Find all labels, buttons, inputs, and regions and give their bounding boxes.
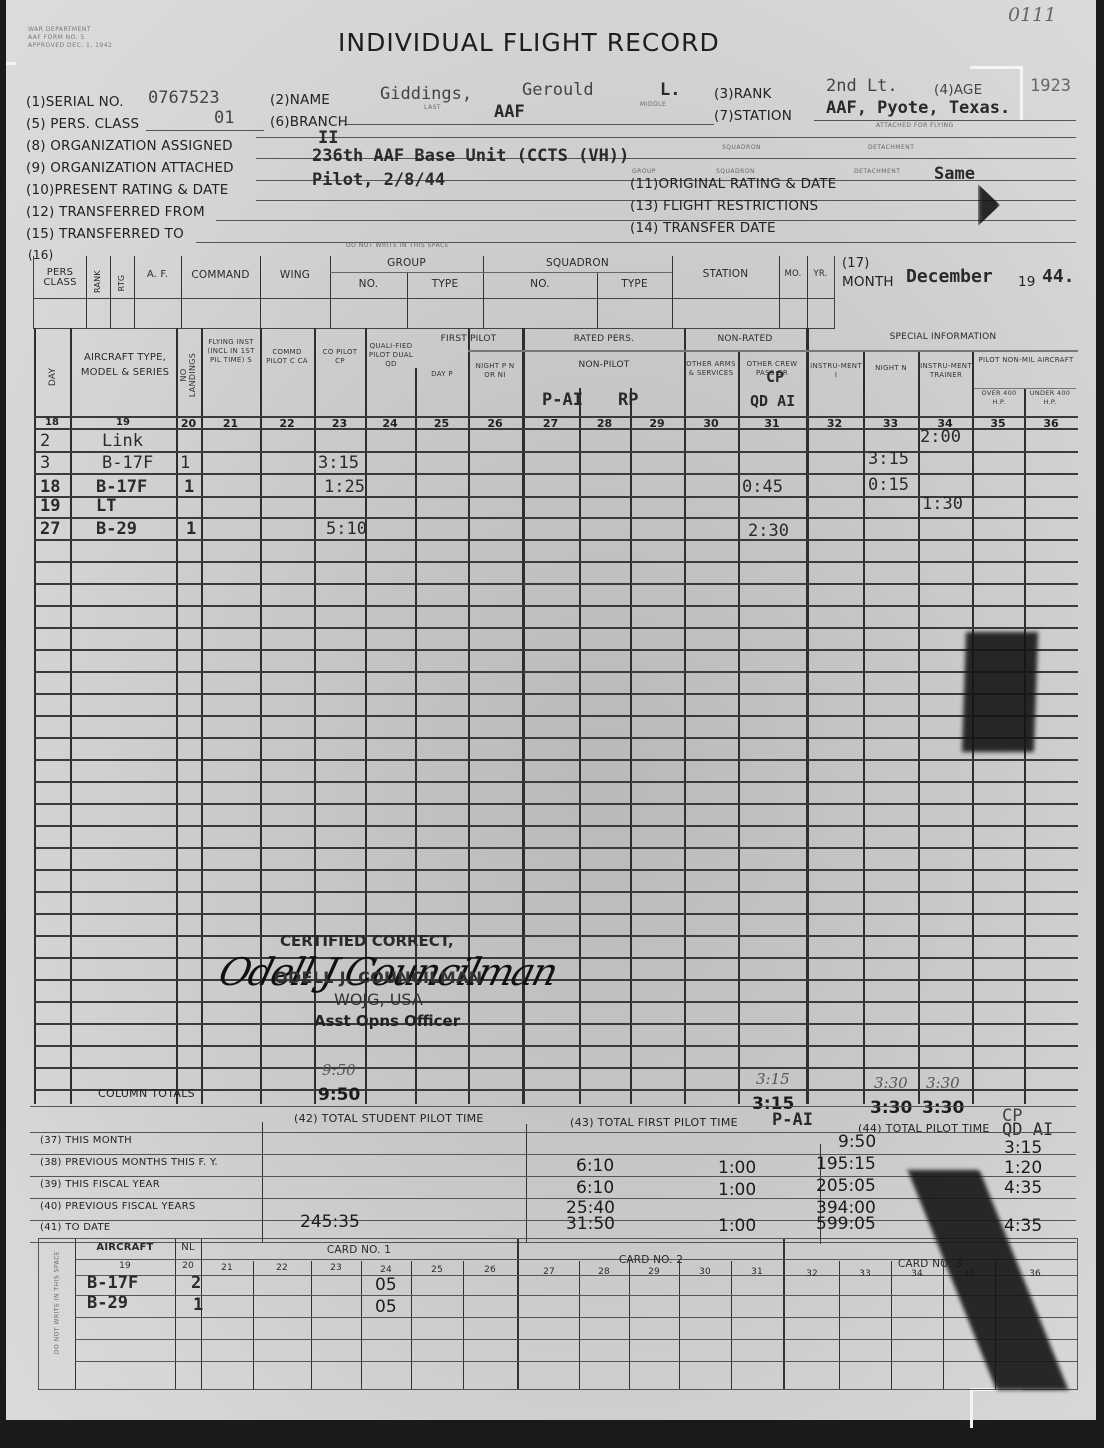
cell-aircraft: B-17F	[102, 453, 153, 473]
divider	[75, 1317, 1077, 1318]
summary-total-ai: 4:35	[1004, 1178, 1042, 1198]
divider	[943, 1261, 944, 1389]
divider	[260, 256, 261, 328]
divider	[579, 1261, 580, 1389]
grid-line	[34, 803, 1078, 805]
card-col-num: 32	[785, 1269, 839, 1279]
divider	[30, 1132, 1076, 1133]
cell-day: 2	[40, 431, 50, 451]
org-attached-value: 236th AAF Base Unit (CCTS (VH))	[312, 146, 629, 166]
divider	[779, 256, 780, 328]
hdr-instrument: INSTRU-MENT I	[810, 362, 862, 380]
grid-line	[468, 350, 1078, 352]
summary-total-ai: 3:15	[1004, 1138, 1042, 1158]
hdr-typed-p-ai: P-AI	[542, 390, 583, 410]
hdr-special-info: SPECIAL INFORMATION	[808, 332, 1078, 342]
org-attached-label: (9) ORGANIZATION ATTACHED	[26, 160, 234, 176]
divider	[30, 1106, 1076, 1107]
divider	[181, 256, 182, 328]
col-group-no: NO.	[330, 279, 407, 289]
hdr-under-400: UNDER 400 H.P.	[1024, 388, 1076, 407]
month-label-num: (17)	[842, 256, 870, 271]
hdr-other-arms: OTHER ARMS & SERVICES	[686, 360, 736, 378]
hdr-first-pilot: FIRST PILOT	[415, 334, 522, 344]
divider	[34, 298, 834, 299]
hdr-instrument-trainer: INSTRU-MENT TRAINER	[920, 362, 972, 380]
year-value: 44.	[1042, 266, 1075, 287]
month-label: MONTH	[842, 274, 894, 290]
summary-total-ai: 4:35	[1004, 1216, 1042, 1236]
grid-line	[34, 737, 1078, 739]
summary-label: (40) PREVIOUS FISCAL YEARS	[40, 1201, 196, 1212]
transferred-to-label: (15) TRANSFERRED TO	[26, 226, 184, 242]
hdr-qualified-pilot: QUALI-FIED PILOT DUAL QD	[368, 342, 414, 369]
card-col-num: 20	[175, 1261, 201, 1271]
form-info-line: APPROVED DEC. 1, 1942	[28, 42, 112, 50]
name-sub-last: LAST	[424, 104, 441, 111]
crop-mark	[970, 1388, 973, 1428]
original-rating-label: (11)ORIGINAL RATING & DATE	[630, 176, 837, 192]
age-label: (4)AGE	[934, 82, 982, 98]
sub-squadron-2: SQUADRON	[716, 168, 755, 175]
sub-squadron: SQUADRON	[722, 144, 761, 151]
file-number: 0111	[1008, 4, 1056, 26]
hdr-over-400: OVER 400 H.P.	[974, 388, 1024, 407]
col-group-type: TYPE	[407, 279, 483, 289]
cell-instrument-trainer: 2:00	[920, 427, 961, 447]
card-col-num: 31	[731, 1267, 783, 1277]
serial-no-label: (1)SERIAL NO.	[26, 94, 124, 110]
org-assigned-label: (8) ORGANIZATION ASSIGNED	[26, 138, 233, 154]
rank-label: (3)RANK	[714, 86, 772, 102]
col-num: 19	[70, 417, 176, 428]
card-row: B-17F 2 05	[75, 1273, 535, 1295]
month-value: December	[906, 266, 993, 287]
name-middle: L.	[660, 80, 680, 100]
underline	[146, 130, 264, 131]
divider	[134, 256, 135, 328]
cell-day: 18	[40, 477, 60, 497]
station-sub: ATTACHED FOR FLYING	[876, 122, 954, 129]
hdr-typed-rp: RP	[618, 390, 638, 410]
crop-mark	[1020, 66, 1023, 120]
name-first: Gerould	[522, 80, 594, 100]
handwritten-total-instrument-trainer: 3:30	[926, 1074, 960, 1092]
col-rtg: RTG	[117, 273, 127, 293]
cell-co-pilot: 1:25	[324, 477, 365, 497]
card-col-num: 29	[629, 1267, 679, 1277]
hdr-fp-day: DAY P	[418, 370, 466, 379]
hdr-night: NIGHT N	[865, 364, 917, 373]
grid-line	[34, 913, 1078, 915]
grid-line	[34, 891, 1078, 893]
cell-night: 3:15	[868, 449, 909, 469]
officer-title: Asst Opns Officer	[314, 1012, 460, 1030]
card-section: DO NOT WRITE IN THIS SPACE AIRCRAFT NL C…	[38, 1238, 1078, 1390]
card-col-num: 28	[579, 1267, 629, 1277]
flight-log-table: DAY AIRCRAFT TYPE, MODEL & SERIES NO LAN…	[34, 328, 1078, 1104]
flight-record-document: WAR DEPARTMENT AAF FORM NO. 5 APPROVED D…	[6, 0, 1096, 1420]
summary-first-pilot-ai: 1:00	[718, 1216, 756, 1236]
form-info-line: WAR DEPARTMENT	[28, 26, 112, 34]
hdr-non-rated: NON-RATED	[684, 334, 806, 344]
card-aircraft: B-29	[87, 1293, 128, 1313]
page-title: INDIVIDUAL FLIGHT RECORD	[338, 28, 720, 57]
cell-landings: 1	[180, 453, 190, 473]
cell-aircraft: B-17F	[96, 477, 147, 497]
grid-line	[34, 825, 1078, 827]
col-station: STATION	[672, 269, 779, 279]
name-label: (2)NAME	[270, 92, 330, 108]
branch-value: AAF	[494, 102, 525, 122]
summary-first-pilot: 31:50	[566, 1214, 615, 1234]
sub-detachment: DETACHMENT	[868, 144, 914, 151]
summary-first-pilot: 6:10	[576, 1178, 614, 1198]
summary-row: (40) PREVIOUS FISCAL YEARS 25:40 394:00	[30, 1200, 1076, 1222]
sub-group: GROUP	[632, 168, 656, 175]
handwritten-total-co-pilot: 9:50	[322, 1061, 356, 1079]
cell-day: 27	[40, 519, 60, 539]
card-col-num: 30	[679, 1267, 731, 1277]
card-aircraft: B-17F	[87, 1273, 138, 1293]
card-1-label: CARD NO. 1	[201, 1245, 517, 1255]
hdr-pilot-non-mil: PILOT NON-MIL AIRCRAFT	[974, 356, 1078, 365]
underline	[344, 124, 714, 125]
col-rank: RANK	[93, 273, 103, 293]
card-nl-label: NL	[175, 1243, 201, 1253]
cell-aircraft: B-29	[96, 519, 137, 539]
grid-line	[34, 649, 1078, 651]
divider	[75, 1339, 1077, 1340]
card-side-notice: DO NOT WRITE IN THIS SPACE	[54, 1233, 61, 1373]
divider	[839, 1261, 840, 1389]
student-pilot-heading: (42) TOTAL STUDENT PILOT TIME	[294, 1112, 484, 1125]
handwritten-total-night: 3:30	[874, 1074, 908, 1092]
col-group: GROUP	[330, 258, 483, 268]
cell-instrument-trainer: 1:30	[922, 494, 963, 514]
table-row: 19 LT 1:30	[34, 496, 1078, 518]
grid-line	[34, 671, 1078, 673]
underline	[814, 120, 1076, 121]
table-row: 2 Link 2:00	[34, 429, 1078, 451]
summary-first-pilot-ai: 1:00	[718, 1158, 756, 1178]
serial-no-value: 0767523	[148, 88, 220, 108]
col-yr: YR.	[807, 269, 834, 279]
flight-restrictions-label: (13) FLIGHT RESTRICTIONS	[630, 198, 818, 214]
summary-first-pilot: 6:10	[576, 1156, 614, 1176]
grid-line	[34, 583, 1078, 585]
cell-day: 3	[40, 453, 50, 473]
present-rating-value: Pilot, 2/8/44	[312, 170, 445, 190]
grid-line	[34, 627, 1078, 629]
year-prefix: 19	[1018, 274, 1036, 290]
rank-value: 2nd Lt.	[826, 76, 898, 96]
col-command: COMMAND	[181, 270, 260, 280]
summary-total: 9:50	[838, 1132, 876, 1152]
hdr-typed-qd-ai: QD AI	[750, 392, 795, 410]
cell-co-pilot: 5:10	[326, 519, 367, 539]
station-value: AAF, Pyote, Texas.	[826, 98, 1010, 118]
divider	[891, 1261, 892, 1389]
grid-line	[34, 561, 1078, 563]
card-nl: 1	[193, 1295, 203, 1315]
tape-smudge	[962, 632, 1038, 752]
hdr-aircraft: AIRCRAFT TYPE, MODEL & SERIES	[78, 350, 172, 380]
hdr-flying-inst: FLYING INST (INCL IN 1ST PIL TIME) S	[204, 338, 258, 365]
hdr-co-pilot: CO PILOT CP	[317, 348, 363, 366]
table-row: 27 B-29 1 5:10 2:30	[34, 519, 1078, 541]
crop-mark	[970, 66, 1022, 69]
grid-line	[34, 781, 1078, 783]
divider	[679, 1261, 680, 1389]
card-row: B-29 1 05	[75, 1295, 535, 1317]
card-nl: 2	[191, 1273, 201, 1293]
grid-line	[34, 693, 1078, 695]
certification-stamp: CERTIFIED CORRECT, Odell J Councilman OD…	[224, 928, 604, 1068]
pers-class-value: 01	[214, 108, 234, 128]
cell-aircraft: Link	[102, 431, 143, 451]
card-col-num: 19	[75, 1261, 175, 1271]
transferred-from-label: (12) TRANSFERRED FROM	[26, 204, 205, 220]
officer-name: ODELL J. COUNCILMAN	[274, 968, 482, 987]
col-pers-class: PERS CLASS	[36, 268, 84, 288]
hdr-typed-cp: CP	[766, 368, 784, 386]
grid-line	[34, 605, 1078, 607]
pers-class-label: (5) PERS. CLASS	[26, 116, 139, 132]
hdr-no-landings: NO LANDINGS	[179, 347, 197, 403]
card-col-num: 33	[839, 1269, 891, 1279]
summary-total: 205:05	[816, 1176, 876, 1196]
cell-day: 19	[40, 496, 60, 516]
col-af: A. F.	[134, 270, 181, 280]
present-rating-label: (10)PRESENT RATING & DATE	[26, 182, 229, 198]
table-row: 3 B-17F 1 3:15 3:15	[34, 451, 1078, 473]
divider	[731, 1261, 732, 1389]
cell-other-crew: 0:45	[742, 477, 783, 497]
divider	[807, 256, 808, 328]
cell-landings: 1	[186, 519, 196, 539]
summary-label: (38) PREVIOUS MONTHS THIS F. Y.	[40, 1157, 218, 1168]
card-c23: 05	[375, 1297, 397, 1317]
hdr-non-pilot: NON-PILOT	[524, 360, 684, 370]
age-value: 1923	[1030, 76, 1071, 96]
grid-line	[34, 847, 1078, 849]
card-2-label: CARD NO. 2	[519, 1255, 783, 1265]
hdr-commd-pilot: COMMD PILOT C CA	[262, 348, 312, 366]
underline	[256, 137, 1076, 138]
col-mo: MO.	[779, 269, 807, 279]
officer-rank: WOJG, USA	[334, 990, 423, 1009]
do-not-write-notice: DO NOT WRITE IN THIS SPACE	[346, 242, 449, 249]
divider	[629, 1261, 630, 1389]
certified-correct-text: CERTIFIED CORRECT,	[280, 932, 454, 950]
crop-mark	[6, 62, 16, 65]
summary-total: 195:15	[816, 1154, 876, 1174]
summary-student: 245:35	[300, 1212, 360, 1232]
handwritten-total-other-crew: 3:15	[756, 1070, 790, 1088]
cell-other-crew: 2:30	[748, 521, 789, 541]
summary-first-pilot-ai: 1:00	[718, 1180, 756, 1200]
first-pilot-heading: (43) TOTAL FIRST PILOT TIME	[570, 1116, 738, 1129]
underline	[196, 242, 1076, 243]
divider	[75, 1361, 1077, 1362]
card-col-num: 34	[891, 1269, 943, 1279]
col-num: 18	[34, 417, 70, 428]
name-sub-middle: MIDDLE	[640, 101, 666, 108]
divider	[672, 256, 673, 328]
grid-line	[34, 869, 1078, 871]
summary-total: 599:05	[816, 1214, 876, 1234]
col-squadron-type: TYPE	[597, 279, 672, 289]
cell-aircraft: LT	[96, 496, 116, 516]
column-totals-label: COLUMN TOTALS	[98, 1087, 195, 1100]
hdr-rated-pers: RATED PERS.	[524, 334, 684, 344]
hdr-day: DAY	[48, 360, 58, 394]
cell-landings: 1	[184, 477, 194, 497]
col-squadron-no: NO.	[483, 279, 597, 289]
summary-label: (37) THIS MONTH	[40, 1135, 132, 1146]
grid-line	[34, 715, 1078, 717]
form-info-line: AAF FORM NO. 5	[28, 34, 112, 42]
org-assigned-value: II	[318, 128, 338, 148]
sub-detachment-2: DETACHMENT	[854, 168, 900, 175]
col-squadron: SQUADRON	[483, 258, 672, 268]
card-col-num: 21	[201, 1263, 253, 1273]
summary-row: (37) THIS MONTH 9:50 3:15	[30, 1134, 1076, 1156]
card-c23: 05	[375, 1275, 397, 1295]
cell-co-pilot: 3:15	[318, 453, 359, 473]
transfer-date-label: (14) TRANSFER DATE	[630, 220, 776, 236]
divider	[110, 256, 111, 328]
grid-line	[34, 759, 1078, 761]
total-co-pilot: 9:50	[318, 1085, 360, 1105]
summary-total-ai: 1:20	[1004, 1158, 1042, 1178]
hdr-fp-night: NIGHT P N OR NI	[470, 362, 520, 380]
form-info: WAR DEPARTMENT AAF FORM NO. 5 APPROVED D…	[28, 26, 112, 50]
cell-night: 0:15	[868, 475, 909, 495]
card-col-num: 22	[253, 1263, 311, 1273]
name-last: Giddings,	[380, 84, 472, 104]
original-rating-value: Same	[934, 164, 975, 184]
card-aircraft-label: AIRCRAFT	[75, 1243, 175, 1253]
summary-label: (39) THIS FISCAL YEAR	[40, 1179, 160, 1190]
divider	[330, 272, 672, 273]
summary-label: (41) TO DATE	[40, 1222, 110, 1233]
divider	[86, 256, 87, 328]
station-label: (7)STATION	[714, 108, 792, 124]
card-3-label: CARD NO. 3	[785, 1259, 1075, 1269]
block16-table: PERS CLASS RANK RTG A. F. COMMAND WING G…	[33, 256, 835, 329]
col-wing: WING	[260, 270, 330, 280]
card-col-num: 23	[311, 1263, 361, 1273]
first-pilot-typed: P-AI	[772, 1110, 813, 1130]
